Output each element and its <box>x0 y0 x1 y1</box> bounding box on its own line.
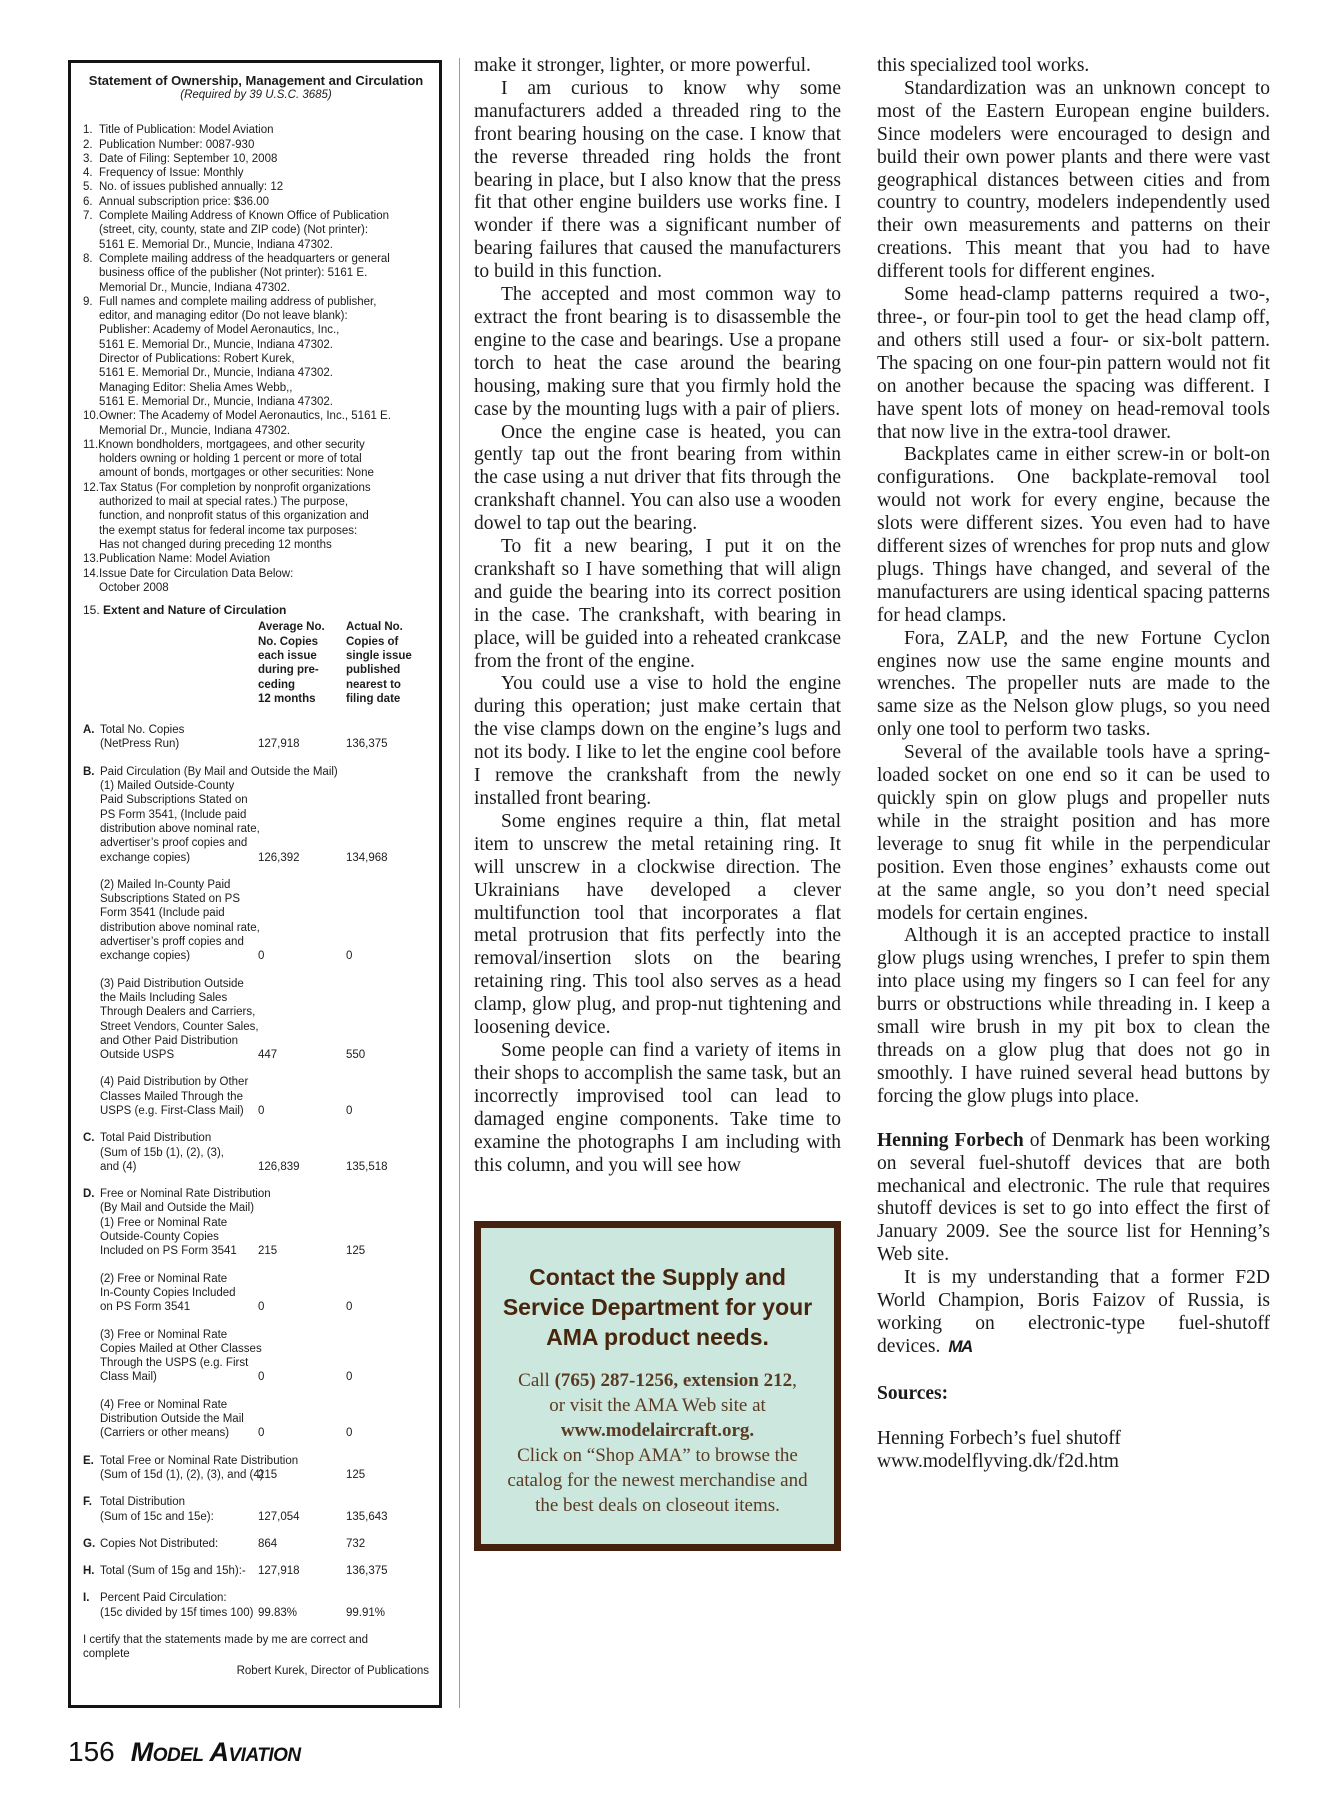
statement-of-ownership-box: Statement of Ownership, Management and C… <box>68 60 442 1708</box>
avg-copies-column-header: Average No. No. Copies each issue during… <box>258 620 346 706</box>
statement-item-text: Annual subscription price: $36.00 <box>99 195 429 209</box>
statement-item-text: Publication Name: Model Aviation <box>99 553 270 565</box>
article-paragraph: I am curious to know why some manufactur… <box>474 78 841 284</box>
sources-heading: Sources: <box>877 1383 1270 1406</box>
row-letter <box>83 878 100 964</box>
row-label: (2) Free or Nominal Rate In-County Copie… <box>100 1272 258 1315</box>
statement-item-number: 8. <box>83 252 99 295</box>
statement-item-number: 9. <box>83 295 99 409</box>
row-label: Total Free or Nominal Rate Distribution … <box>100 1454 258 1483</box>
circulation-row: B.Paid Circulation (By Mail and Outside … <box>83 765 429 865</box>
row-label: (2) Mailed In-County Paid Subscriptions … <box>100 878 258 964</box>
henning-forbech-name: Henning Forbech <box>877 1130 1024 1151</box>
ad-comma: , <box>792 1370 797 1391</box>
row-average-value: 127,918 <box>258 1564 346 1578</box>
row-actual-value: 550 <box>346 1048 429 1062</box>
article-middle-column: make it stronger, lighter, or more power… <box>474 55 841 1551</box>
statement-item: 5.No. of issues published annually: 12 <box>83 180 429 194</box>
statement-item: 10.Owner: The Academy of Model Aeronauti… <box>83 409 429 438</box>
statement-item: 7.Complete Mailing Address of Known Offi… <box>83 209 429 252</box>
statement-item: 8.Complete mailing address of the headqu… <box>83 252 429 295</box>
row-average-value: 447 <box>258 1048 346 1062</box>
row-label: (3) Paid Distribution Outside the Mails … <box>100 977 258 1063</box>
row-label: Total No. Copies (NetPress Run) <box>100 723 258 752</box>
circulation-row: (4) Paid Distribution by Other Classes M… <box>83 1075 429 1118</box>
row-letter: A. <box>83 723 100 752</box>
row-actual-value: 125 <box>346 1244 429 1258</box>
circulation-row: (2) Free or Nominal Rate In-County Copie… <box>83 1272 429 1315</box>
row-average-value: 127,918 <box>258 737 346 751</box>
statement-items-list: 1.Title of Publication: Model Aviation2.… <box>83 123 429 595</box>
row-label: Percent Paid Circulation: (15c divided b… <box>100 1591 258 1620</box>
row-actual-value: 0 <box>346 1300 429 1314</box>
row-label: Copies Not Distributed: <box>100 1537 258 1551</box>
statement-item-number: 10. <box>83 410 99 422</box>
statement-item-number: 5. <box>83 180 99 194</box>
circulation-table-rows: A.Total No. Copies (NetPress Run)127,918… <box>83 723 429 1620</box>
statement-item-number: 13. <box>83 553 99 565</box>
row-average-value: 0 <box>258 1104 346 1118</box>
article-paragraph: Some people can find a variety of items … <box>474 1040 841 1177</box>
statement-item-number: 7. <box>83 209 99 252</box>
certification-text: I certify that the statements made by me… <box>83 1633 429 1662</box>
row-average-value: 0 <box>258 1300 346 1314</box>
signature-line: Robert Kurek, Director of Publications <box>83 1664 429 1678</box>
statement-item-text: Owner: The Academy of Model Aeronautics,… <box>99 410 391 436</box>
circulation-row: E.Total Free or Nominal Rate Distributio… <box>83 1454 429 1483</box>
row-average-value: 127,054 <box>258 1510 346 1524</box>
statement-item-text: Complete mailing address of the headquar… <box>99 252 429 295</box>
row-actual-value: 136,375 <box>346 737 429 751</box>
statement-item-number: 12. <box>83 482 99 494</box>
ad-url: www.modelaircraft.org. <box>561 1420 754 1441</box>
statement-item-text: Frequency of Issue: Monthly <box>99 166 429 180</box>
ama-supply-service-ad: Contact the Supply and Service Departmen… <box>474 1221 841 1551</box>
row-average-value: 0 <box>258 949 346 963</box>
page-number: 156 <box>68 1736 115 1768</box>
circulation-row: H.Total (Sum of 15g and 15h):-127,918136… <box>83 1564 429 1578</box>
article-right-column: this specialized tool works.Standardizat… <box>877 55 1270 1473</box>
circulation-row: G.Copies Not Distributed:864732 <box>83 1537 429 1551</box>
article-paragraph: Some engines require a thin, flat metal … <box>474 811 841 1040</box>
row-average-value: 215 <box>258 1244 346 1258</box>
statement-item-number: 11. <box>83 439 98 451</box>
statement-item: 2.Publication Number: 0087-930 <box>83 138 429 152</box>
statement-item: 1.Title of Publication: Model Aviation <box>83 123 429 137</box>
article-paragraph: Backplates came in either screw-in or bo… <box>877 444 1270 627</box>
source-lines: Henning Forbech’s fuel shutoff www.model… <box>877 1428 1270 1474</box>
right-paragraphs: this specialized tool works.Standardizat… <box>877 55 1270 1109</box>
ad-web-line: or visit the AMA Web site at <box>549 1395 766 1416</box>
row-label: Total Paid Distribution (Sum of 15b (1),… <box>100 1131 258 1174</box>
row-actual-value: 0 <box>346 1426 429 1440</box>
row-actual-value: 0 <box>346 1370 429 1384</box>
row-actual-value: 135,643 <box>346 1510 429 1524</box>
ad-phone-number: (765) 287-1256, extension 212 <box>555 1370 792 1391</box>
statement-item-text: Title of Publication: Model Aviation <box>99 123 429 137</box>
article-paragraph: To fit a new bearing, I put it on the cr… <box>474 536 841 673</box>
circulation-table-header: Average No. No. Copies each issue during… <box>83 620 429 706</box>
row-actual-value: 0 <box>346 949 429 963</box>
ad-call-prefix: Call <box>518 1370 554 1391</box>
henning-forbech-paragraph: Henning Forbech of Denmark has been work… <box>877 1130 1270 1267</box>
row-letter <box>83 977 100 1063</box>
row-label: (3) Free or Nominal Rate Copies Mailed a… <box>100 1328 258 1385</box>
statement-item-text: Known bondholders, mortgagees, and other… <box>98 439 374 480</box>
statement-item-number: 3. <box>83 152 99 166</box>
row-average-value: 864 <box>258 1537 346 1551</box>
row-letter: F. <box>83 1495 100 1524</box>
row-letter <box>83 1328 100 1385</box>
row-average-value: 215 <box>258 1468 346 1482</box>
statement-item: 14.Issue Date for Circulation Data Below… <box>83 567 429 596</box>
row-letter: I. <box>83 1591 100 1620</box>
article-paragraph: Fora, ZALP, and the new Fortune Cyclon e… <box>877 628 1270 743</box>
statement-item-number: 4. <box>83 166 99 180</box>
final-paragraph-text: It is my understanding that a former F2D… <box>877 1267 1270 1357</box>
row-actual-value: 134,968 <box>346 851 429 865</box>
article-paragraph: You could use a vise to hold the engine … <box>474 673 841 810</box>
magazine-page: Statement of Ownership, Management and C… <box>0 0 1332 1800</box>
statement-title: Statement of Ownership, Management and C… <box>83 73 429 88</box>
ma-end-mark: MA <box>948 1337 971 1356</box>
row-letter: G. <box>83 1537 100 1551</box>
row-letter <box>83 1075 100 1118</box>
statement-item: 4.Frequency of Issue: Monthly <box>83 166 429 180</box>
article-paragraph: make it stronger, lighter, or more power… <box>474 55 841 78</box>
statement-item-number: 1. <box>83 123 99 137</box>
article-paragraph: Standardization was an unknown concept t… <box>877 78 1270 284</box>
row-average-value: 99.83% <box>258 1606 346 1620</box>
column-divider-rule <box>459 58 460 1708</box>
circulation-row: C.Total Paid Distribution (Sum of 15b (1… <box>83 1131 429 1174</box>
final-paragraph: It is my understanding that a former F2D… <box>877 1267 1270 1359</box>
row-actual-value: 135,518 <box>346 1160 429 1174</box>
statement-item-text: No. of issues published annually: 12 <box>99 180 429 194</box>
row-letter: D. <box>83 1187 100 1258</box>
row-actual-value: 0 <box>346 1104 429 1118</box>
statement-item-text: Complete Mailing Address of Known Office… <box>99 209 429 252</box>
row-letter: E. <box>83 1454 100 1483</box>
article-paragraph: Some head-clamp patterns required a two-… <box>877 284 1270 444</box>
statement-item: 12.Tax Status (For completion by nonprof… <box>83 481 429 552</box>
statement-item-text: Full names and complete mailing address … <box>99 295 429 409</box>
statement-item-text: Date of Filing: September 10, 2008 <box>99 152 429 166</box>
circulation-row: (2) Mailed In-County Paid Subscriptions … <box>83 878 429 964</box>
row-average-value: 0 <box>258 1370 346 1384</box>
row-average-value: 0 <box>258 1426 346 1440</box>
row-label: Free or Nominal Rate Distribution (By Ma… <box>100 1187 258 1258</box>
article-paragraph: Several of the available tools have a sp… <box>877 742 1270 925</box>
circulation-row: (3) Paid Distribution Outside the Mails … <box>83 977 429 1063</box>
statement-item-number: 2. <box>83 138 99 152</box>
circulation-row: F.Total Distribution (Sum of 15c and 15e… <box>83 1495 429 1524</box>
circulation-heading-text: Extent and Nature of Circulation <box>103 603 286 617</box>
article-paragraph: this specialized tool works. <box>877 55 1270 78</box>
statement-item-text: Issue Date for Circulation Data Below: O… <box>99 568 293 594</box>
row-label: Total (Sum of 15g and 15h):- <box>100 1564 258 1578</box>
circulation-heading: 15. Extent and Nature of Circulation <box>83 603 429 617</box>
circulation-heading-number: 15. <box>83 603 100 617</box>
circulation-row: (3) Free or Nominal Rate Copies Mailed a… <box>83 1328 429 1385</box>
row-letter <box>83 1398 100 1441</box>
row-actual-value: 732 <box>346 1537 429 1551</box>
statement-item-number: 14. <box>83 568 99 580</box>
row-letter <box>83 1272 100 1315</box>
middle-paragraphs: make it stronger, lighter, or more power… <box>474 55 841 1177</box>
article-paragraph: Although it is an accepted practice to i… <box>877 925 1270 1108</box>
statement-item: 3.Date of Filing: September 10, 2008 <box>83 152 429 166</box>
ad-headline: Contact the Supply and Service Departmen… <box>501 1262 814 1352</box>
statement-item-number: 6. <box>83 195 99 209</box>
row-label: Total Distribution (Sum of 15c and 15e): <box>100 1495 258 1524</box>
row-letter: H. <box>83 1564 100 1578</box>
row-actual-value: 99.91% <box>346 1606 429 1620</box>
statement-item: 11.Known bondholders, mortgagees, and ot… <box>83 438 429 481</box>
statement-subtitle: (Required by 39 U.S.C. 3685) <box>83 88 429 102</box>
statement-item-text: Tax Status (For completion by nonprofit … <box>99 482 371 551</box>
row-label: (4) Free or Nominal Rate Distribution Ou… <box>100 1398 258 1441</box>
circulation-row: (4) Free or Nominal Rate Distribution Ou… <box>83 1398 429 1441</box>
circulation-row: D.Free or Nominal Rate Distribution (By … <box>83 1187 429 1258</box>
statement-item: 9.Full names and complete mailing addres… <box>83 295 429 409</box>
magazine-logo: Model Aviation <box>131 1737 301 1768</box>
statement-item: 13.Publication Name: Model Aviation <box>83 552 429 566</box>
row-actual-value: 136,375 <box>346 1564 429 1578</box>
circulation-row: A.Total No. Copies (NetPress Run)127,918… <box>83 723 429 752</box>
article-paragraph: Once the engine case is heated, you can … <box>474 422 841 537</box>
ad-body: Call (765) 287-1256, extension 212, or v… <box>495 1368 820 1518</box>
row-average-value: 126,839 <box>258 1160 346 1174</box>
statement-item: 6.Annual subscription price: $36.00 <box>83 195 429 209</box>
row-label: Paid Circulation (By Mail and Outside th… <box>100 765 258 865</box>
row-average-value: 126,392 <box>258 851 346 865</box>
actual-copies-column-header: Actual No. Copies of single issue publis… <box>346 620 429 706</box>
circulation-row: I.Percent Paid Circulation: (15c divided… <box>83 1591 429 1620</box>
row-letter: B. <box>83 765 100 865</box>
row-actual-value: 125 <box>346 1468 429 1482</box>
row-label: (4) Paid Distribution by Other Classes M… <box>100 1075 258 1118</box>
ad-closing-text: Click on “Shop AMA” to browse the catalo… <box>507 1445 807 1516</box>
row-letter: C. <box>83 1131 100 1174</box>
article-paragraph: The accepted and most common way to extr… <box>474 284 841 421</box>
page-footer: 156 Model Aviation <box>68 1736 301 1768</box>
statement-item-text: Publication Number: 0087-930 <box>99 138 429 152</box>
